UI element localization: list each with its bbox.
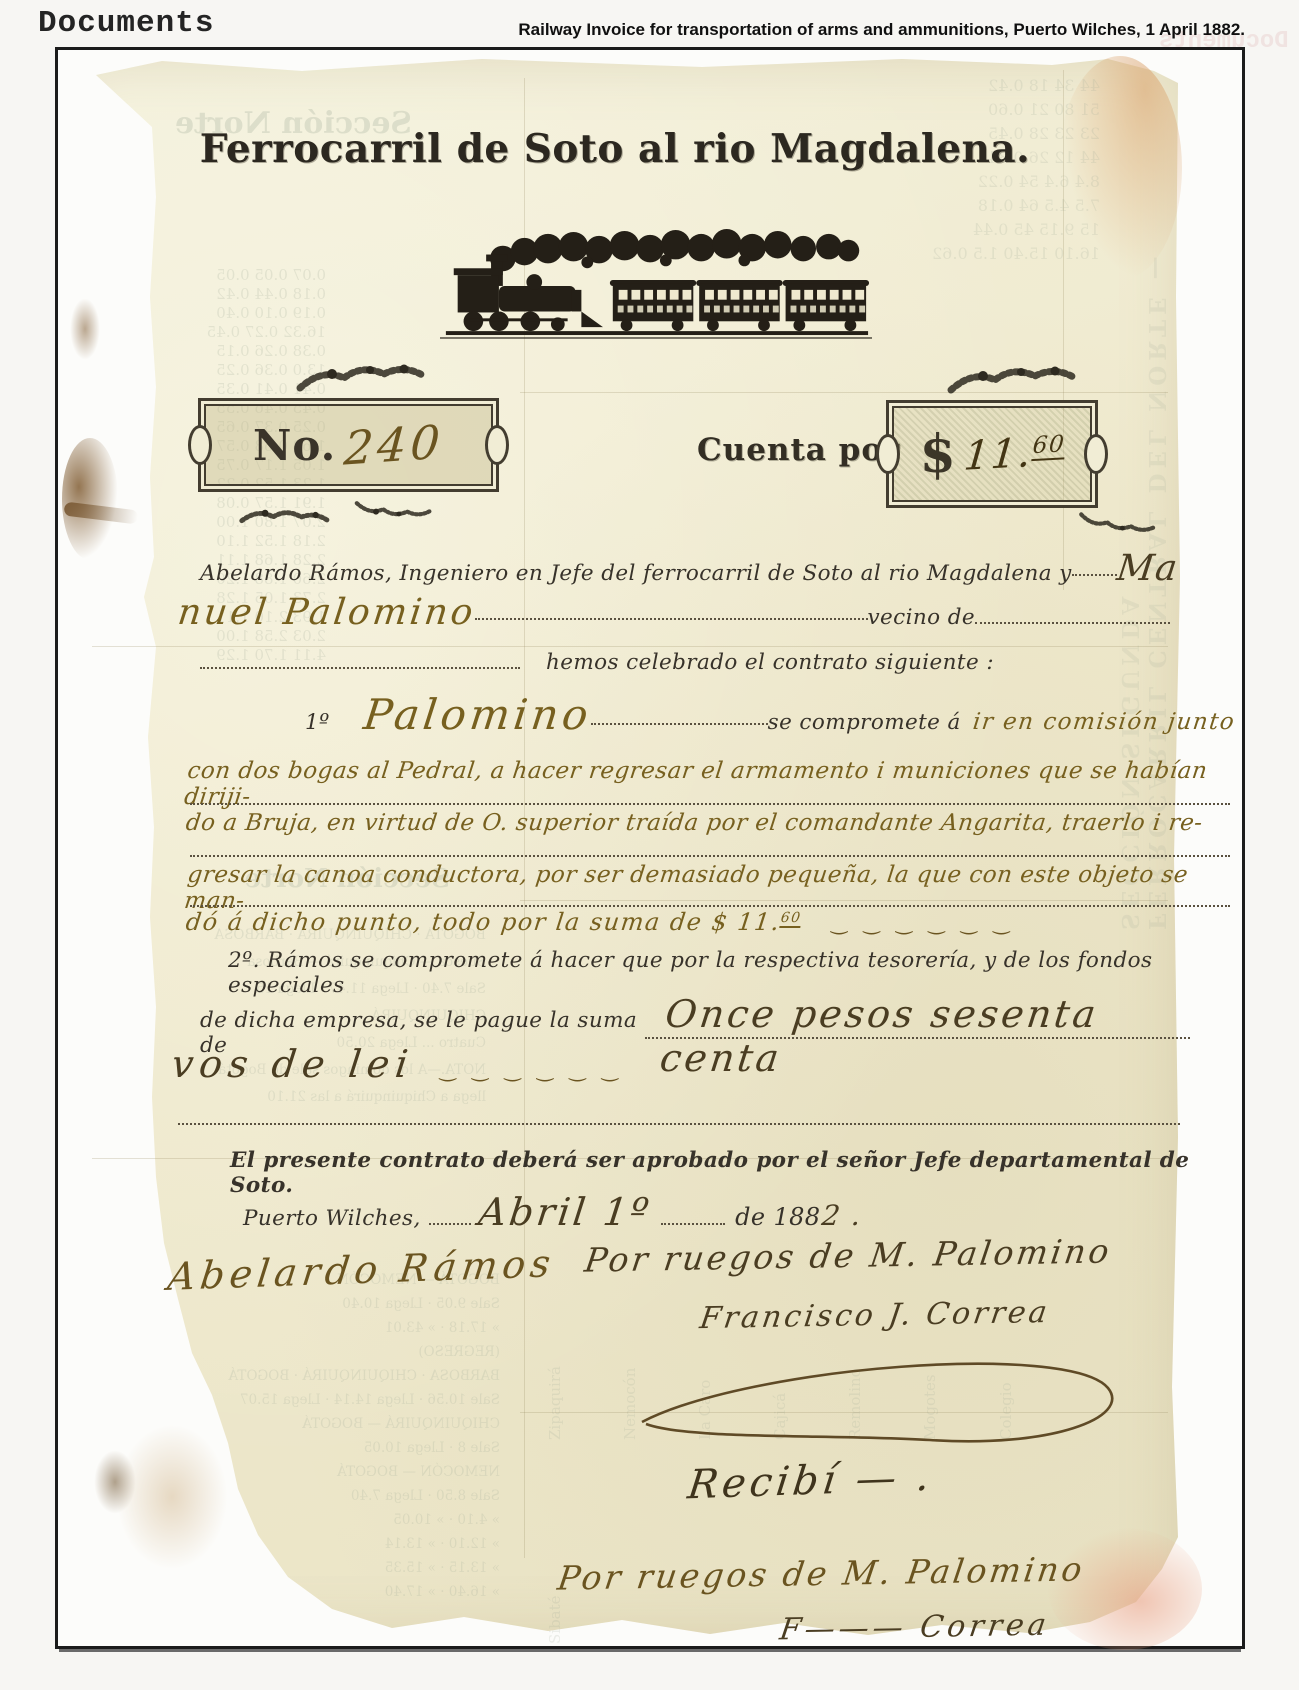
invoice-title: Ferrocarril de Soto al rio Magdalena.: [175, 126, 1055, 172]
sum-handwriting: dó á dicho punto, todo por la suma de $ …: [184, 908, 802, 936]
amount-cents: 60: [1031, 430, 1066, 461]
signature-flourish: [630, 1336, 1130, 1466]
account-label: Cuenta por: [697, 432, 900, 468]
invoice-number-box: No. 240: [198, 398, 499, 492]
amount-value: 11.60: [962, 428, 1067, 480]
dotted-rule: [190, 904, 1230, 907]
handwriting-sum-line: dó á dicho punto, todo por la suma de $ …: [186, 908, 1236, 936]
place-printed-text: Puerto Wilches,: [243, 1206, 421, 1231]
date-printed-text: de 188: [735, 1203, 820, 1231]
dotted-rule: [645, 1036, 1190, 1039]
date-year-handwriting: 2 .: [820, 1199, 864, 1232]
floral-sprig: [938, 360, 1098, 404]
sum-text: dó á dicho punto, todo por la suma de $ …: [184, 908, 782, 936]
dotted-rule: [200, 653, 520, 669]
lead-printed-text: hemos celebrado el contrato siguiente :: [546, 650, 994, 675]
squiggle-marks: ‿ ‿ ‿ ‿ ‿ ‿: [440, 1058, 623, 1082]
contract-lead-line: hemos celebrado el contrato siguiente :: [200, 650, 1050, 675]
dotted-rule: [429, 1209, 471, 1225]
amount-pesos: 11.: [962, 430, 1034, 480]
clause1-name-handwriting: Palomino: [361, 690, 595, 739]
date-handwriting: Abril 1º: [476, 1190, 654, 1234]
dotted-rule: [591, 723, 767, 725]
signature-francisco-correa: Francisco J. Correa: [698, 1295, 1053, 1336]
name-handwriting: nuel Palomino: [175, 592, 477, 633]
dotted-rule: [178, 1122, 1180, 1125]
recibi-note: Recibí — .: [685, 1454, 936, 1509]
squiggle-marks: ‿ ‿ ‿ ‿ ‿ ‿: [831, 911, 1014, 935]
dotted-rule: [190, 854, 1230, 857]
train-illustration: [440, 224, 872, 342]
clause1-number: 1º: [305, 710, 330, 735]
invoice-number-value: 240: [342, 414, 445, 475]
dotted-rule: [190, 802, 1230, 805]
vecino-printed-text: vecino de: [868, 605, 976, 630]
dotted-rule: [975, 608, 1170, 624]
intro-printed-text: Abelardo Rámos, Ingeniero en Jefe del fe…: [200, 561, 1072, 586]
clause2-printed-line1: 2º. Rámos se compromete á hacer que por …: [228, 948, 1188, 998]
dotted-rule: [1072, 574, 1117, 576]
clause1-line: 1º Palomino se compromete á ir en comisi…: [305, 690, 1235, 739]
floral-sprig: [352, 495, 442, 521]
currency-symbol: $: [920, 424, 956, 485]
place-date-line: Puerto Wilches, Abril 1º de 188 2 .: [243, 1190, 1003, 1234]
intro-handwriting: Ma: [1114, 548, 1180, 589]
handwriting-line: do a Bruja, en virtud de O. superior tra…: [184, 810, 1242, 836]
contract-intro-line: Abelardo Rámos, Ingeniero en Jefe del fe…: [200, 548, 1178, 589]
header-caption: Railway Invoice for transportation of ar…: [518, 20, 1245, 40]
contract-name-line: nuel Palomino vecino de: [178, 592, 1170, 633]
dotted-rule: [661, 1209, 725, 1225]
clause1-printed-text: se compromete á: [768, 710, 961, 735]
amount-words-handwriting2: vos de lei: [169, 1042, 416, 1086]
invoice-number-label: No.: [253, 421, 336, 470]
page-root: Documents Documents Railway Invoice for …: [0, 0, 1299, 1690]
clause1-tail-handwriting: ir en comisión junto: [971, 709, 1236, 735]
dotted-rule: [475, 618, 867, 620]
header-label: Documents: [38, 6, 214, 41]
amount-box: $ 11.60: [886, 400, 1098, 508]
amount-words-line2: vos de lei ‿ ‿ ‿ ‿ ‿ ‿: [172, 1042, 792, 1086]
sum-cents: 60: [780, 910, 803, 928]
floral-sprig: [292, 358, 442, 402]
bottom-partial-signature: F——— Correa: [778, 1608, 1053, 1648]
